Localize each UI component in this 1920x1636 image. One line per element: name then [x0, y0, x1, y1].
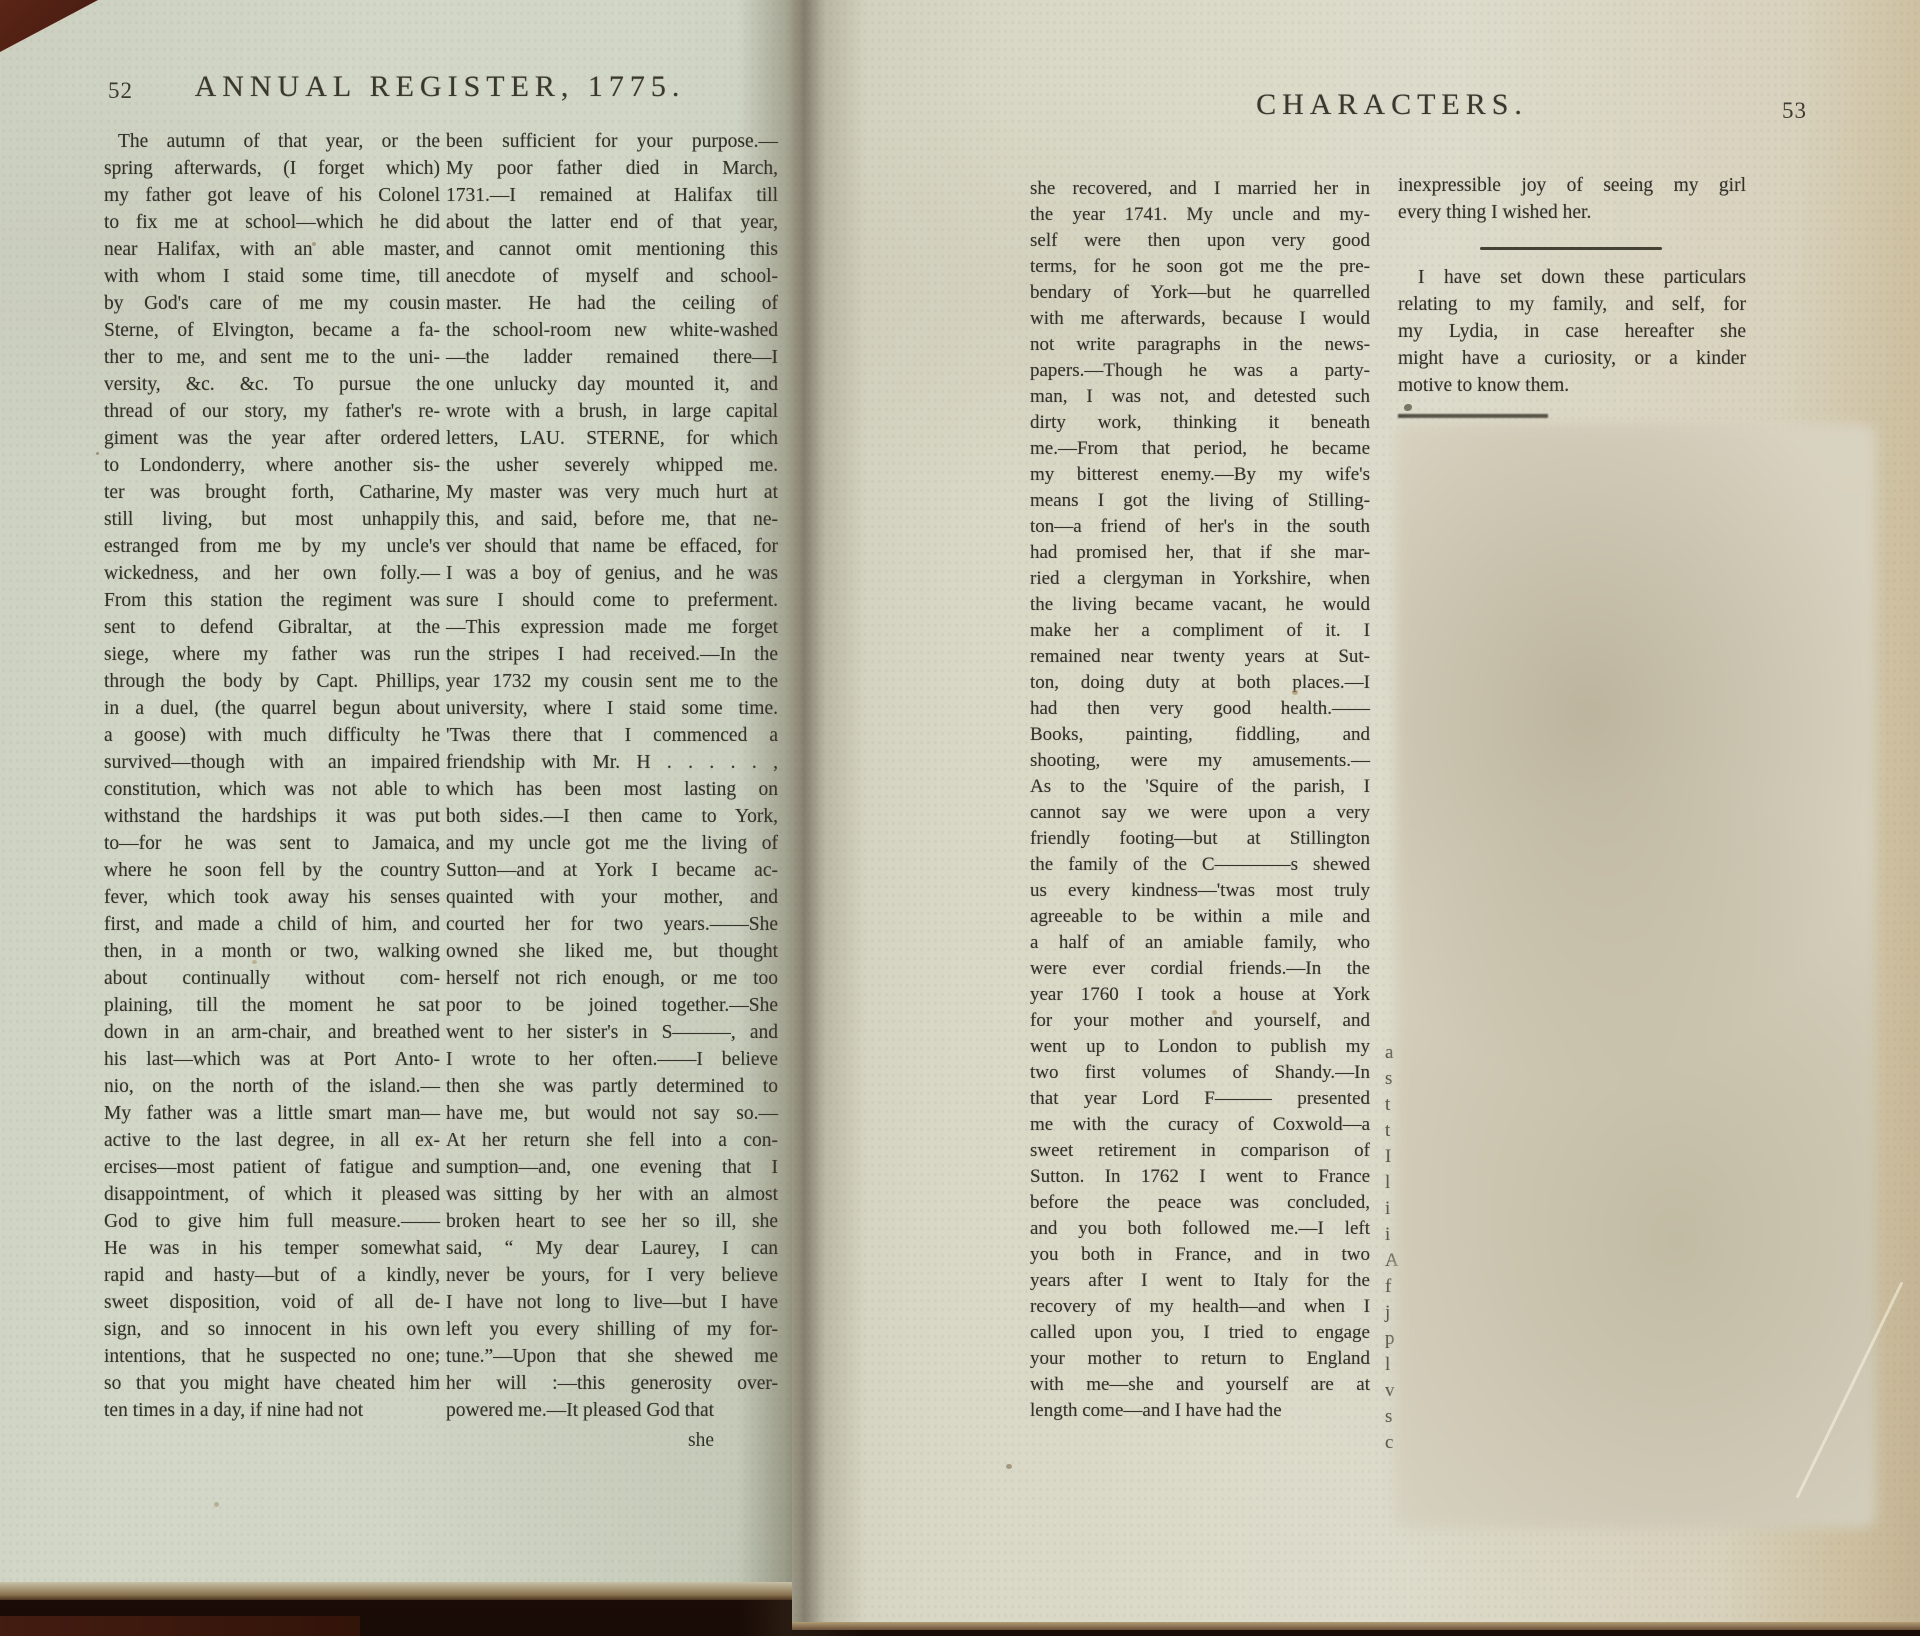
text-line: —the ladder remained there—I [446, 344, 778, 371]
text-line: survived—though with an impaired [104, 749, 440, 776]
section-divider-rule [1480, 247, 1662, 250]
text-line: this, and said, before me, that ne- [446, 506, 778, 533]
text-line: bendary of York—but he quarrelled [1030, 280, 1370, 306]
text-line: sweet disposition, void of all de- [104, 1289, 440, 1316]
text-line: ton, doing duty at both places.—I [1030, 670, 1370, 696]
text-line: The autumn of that year, or the [104, 128, 440, 155]
text-line: and you both followed me.—I left [1030, 1216, 1370, 1242]
text-line: My master was very much hurt at [446, 479, 778, 506]
text-line: to—for he was sent to Jamaica, [104, 830, 440, 857]
text-line: university, where I staid some time. [446, 695, 778, 722]
text-line: were ever cordial friends.—In the [1030, 956, 1370, 982]
text-line: master. He had the ceiling of [446, 290, 778, 317]
text-line: dirty work, thinking it beneath [1030, 410, 1370, 436]
text-line: relating to my family, and self, for [1398, 291, 1746, 318]
text-line: said, “ My dear Laurey, I can [446, 1235, 778, 1262]
text-line: one unlucky day mounted it, and [446, 371, 778, 398]
text-line: courted her for two years.——She [446, 911, 778, 938]
text-line: 'Twas there that I commenced a [446, 722, 778, 749]
text-line: My poor father died in March, [446, 155, 778, 182]
text-line: friendship with Mr. H . . . . . , [446, 749, 778, 776]
text-line: then she was partly determined to [446, 1073, 778, 1100]
text-line: my bitterest enemy.—By my wife's [1030, 462, 1370, 488]
text-line: length come—and I have had the [1030, 1398, 1370, 1424]
text-line: I have not long to live—but I have [446, 1289, 778, 1316]
text-line: self were then upon very good [1030, 228, 1370, 254]
page-block-edge-left [0, 1582, 792, 1600]
text-line: disappointment, of which it pleased [104, 1181, 440, 1208]
text-line: to fix me at school—which he did [104, 209, 440, 236]
text-line: a half of an amiable family, who [1030, 930, 1370, 956]
text-line: inexpressible joy of seeing my girl [1398, 172, 1746, 199]
text-line: ten times in a day, if nine had not [104, 1397, 440, 1424]
text-line: which has been most lasting on [446, 776, 778, 803]
text-line: broken heart to see her so ill, she [446, 1208, 778, 1235]
text-line: that year Lord F——— presented [1030, 1086, 1370, 1112]
text-line: went up to London to publish my [1030, 1034, 1370, 1060]
left-page: 52 ANNUAL REGISTER, 1775. The autumn of … [0, 0, 792, 1582]
text-line: intentions, that he suspected no one; [104, 1343, 440, 1370]
text-line: nio, on the north of the island.— [104, 1073, 440, 1100]
text-line: man, I was not, and detested such [1030, 384, 1370, 410]
text-line: not write paragraphs in the news- [1030, 332, 1370, 358]
right-column-2-paragraph-1: inexpressible joy of seeing my girlevery… [1398, 172, 1746, 226]
text-line: poor to be joined together.—She [446, 992, 778, 1019]
text-line: sure I should come to preferment. [446, 587, 778, 614]
text-line: a goose) with much difficulty he [104, 722, 440, 749]
text-line: My father was a little smart man— [104, 1100, 440, 1127]
text-line: fever, which took away his senses [104, 884, 440, 911]
text-line: year 1760 I took a house at York [1030, 982, 1370, 1008]
text-line: with me—she and yourself are at [1030, 1372, 1370, 1398]
text-line: in a duel, (the quarrel begun about [104, 695, 440, 722]
text-line: so that you might have cheated him [104, 1370, 440, 1397]
text-line: cannot say we were upon a very [1030, 800, 1370, 826]
text-line: my father got leave of his Colonel [104, 182, 440, 209]
text-line: for your mother and yourself, and [1030, 1008, 1370, 1034]
text-line: make her a compliment of it. I [1030, 618, 1370, 644]
text-line: sent to defend Gibraltar, at the [104, 614, 440, 641]
running-header-left: ANNUAL REGISTER, 1775. [140, 70, 740, 104]
text-line: —This expression made me forget [446, 614, 778, 641]
text-line: the living became vacant, he would [1030, 592, 1370, 618]
text-line: papers.—Though he was a party- [1030, 358, 1370, 384]
text-line: still living, but most unhappily [104, 506, 440, 533]
foxing-speck [96, 452, 99, 455]
text-line: then, in a month or two, walking [104, 938, 440, 965]
text-line: every thing I wished her. [1398, 199, 1746, 226]
ink-speck [1404, 404, 1412, 411]
text-line: called upon you, I tried to engage [1030, 1320, 1370, 1346]
text-line: plaining, till the moment he sat [104, 992, 440, 1019]
text-line: herself not rich enough, or me too [446, 965, 778, 992]
book-cover-edge [0, 1616, 360, 1636]
text-line: she recovered, and I married her in [1030, 176, 1370, 202]
text-line: motive to know them. [1398, 372, 1746, 399]
obscured-rule-fragment [1398, 414, 1548, 418]
left-column-2: been sufficient for your purpose.—My poo… [446, 128, 778, 1424]
book-scan: { "left_page": { "page_number": "52", "h… [0, 0, 1920, 1636]
text-line: your mother to return to England [1030, 1346, 1370, 1372]
text-line: the stripes I had received.—In the [446, 641, 778, 668]
text-line: wickedness, and her own folly.— [104, 560, 440, 587]
text-line: went to her sister's in S———, and [446, 1019, 778, 1046]
text-line: before the peace was concluded, [1030, 1190, 1370, 1216]
text-line: and cannot omit mentioning this [446, 236, 778, 263]
text-line: with me afterwards, because I would [1030, 306, 1370, 332]
foxing-speck [1006, 1464, 1012, 1469]
text-line: me.—From that period, he became [1030, 436, 1370, 462]
text-line: Sutton—and at York I became ac- [446, 857, 778, 884]
text-line: down in an arm-chair, and breathed [104, 1019, 440, 1046]
text-line: Sterne, of Elvington, became a fa- [104, 317, 440, 344]
text-line: both sides.—I then came to York, [446, 803, 778, 830]
text-line: my Lydia, in case hereafter she [1398, 318, 1746, 345]
text-line: had promised her, that if she mar- [1030, 540, 1370, 566]
text-line: Sutton. In 1762 I went to France [1030, 1164, 1370, 1190]
text-line: He was in his temper somewhat [104, 1235, 440, 1262]
text-line: At her return she fell into a con- [446, 1127, 778, 1154]
text-line: withstand the hardships it was put [104, 803, 440, 830]
text-line: means I got the living of Stilling- [1030, 488, 1370, 514]
foxing-speck [214, 1502, 219, 1507]
text-line: the school-room new white-washed [446, 317, 778, 344]
text-line: friendly footing—but at Stillington [1030, 826, 1370, 852]
text-line: constitution, which was not able to [104, 776, 440, 803]
redaction-blur-patch [1396, 424, 1876, 1528]
text-line: through the body by Capt. Phillips, [104, 668, 440, 695]
text-line: ther to me, and sent me to the uni- [104, 344, 440, 371]
catchword: she [688, 1430, 714, 1452]
text-line: I have set down these particulars [1398, 264, 1746, 291]
text-line: about continually without com- [104, 965, 440, 992]
text-line: quainted with your mother, and [446, 884, 778, 911]
text-line: giment was the year after ordered [104, 425, 440, 452]
text-line: where he soon fell by the country [104, 857, 440, 884]
text-line: 1731.—I remained at Halifax till [446, 182, 778, 209]
right-column-2-paragraph-2: I have set down these particularsrelatin… [1398, 264, 1746, 399]
text-line: agreeable to be within a mile and [1030, 904, 1370, 930]
text-line: ton—a friend of her's in the south [1030, 514, 1370, 540]
text-line: anecdote of myself and school- [446, 263, 778, 290]
text-line: ried a clergyman in Yorkshire, when [1030, 566, 1370, 592]
text-line: recovery of my health—and when I [1030, 1294, 1370, 1320]
text-line: by God's care of me my cousin [104, 290, 440, 317]
text-line: rapid and hasty—but of a kindly, [104, 1262, 440, 1289]
text-line: me with the curacy of Coxwold—a [1030, 1112, 1370, 1138]
text-line: have me, but would not say so.— [446, 1100, 778, 1127]
text-line: been sufficient for your purpose.— [446, 128, 778, 155]
text-line: year 1732 my cousin sent me to the [446, 668, 778, 695]
page-number-left: 52 [108, 78, 133, 104]
text-line: wrote with a brush, in large capital [446, 398, 778, 425]
running-header-right: CHARACTERS. [1212, 88, 1572, 122]
text-line: and my uncle got me the living of [446, 830, 778, 857]
text-line: with whom I staid some time, till [104, 263, 440, 290]
text-line: might have a curiosity, or a kinder [1398, 345, 1746, 372]
text-line: powered me.—It pleased God that [446, 1397, 778, 1424]
text-line: never be yours, for I very believe [446, 1262, 778, 1289]
text-line: tune.”—Upon that she shewed me [446, 1343, 778, 1370]
text-line: ercises—most patient of fatigue and [104, 1154, 440, 1181]
text-line: left you every shilling of my for- [446, 1316, 778, 1343]
text-line: sumption—and, one evening that I [446, 1154, 778, 1181]
text-line: sweet retirement in comparison of [1030, 1138, 1370, 1164]
text-line: to Londonderry, where another sis- [104, 452, 440, 479]
text-line: From this station the regiment was [104, 587, 440, 614]
text-line: two first volumes of Shandy.—In [1030, 1060, 1370, 1086]
text-line: shooting, were my amusements.— [1030, 748, 1370, 774]
text-line: first, and made a child of him, and [104, 911, 440, 938]
text-line: I was a boy of genius, and he was [446, 560, 778, 587]
text-line: had then very good health.—— [1030, 696, 1370, 722]
text-line: active to the last degree, in all ex- [104, 1127, 440, 1154]
text-line: remained near twenty years at Sut- [1030, 644, 1370, 670]
text-line: versity, &c. &c. To pursue the [104, 371, 440, 398]
text-line: near Halifax, with an able master, [104, 236, 440, 263]
text-line: years after I went to Italy for the [1030, 1268, 1370, 1294]
text-line: God to give him full measure.—— [104, 1208, 440, 1235]
text-line: ter was brought forth, Catharine, [104, 479, 440, 506]
text-line: ver should that name be effaced, for [446, 533, 778, 560]
text-line: estranged from me by my uncle's [104, 533, 440, 560]
text-line: about the latter end of that year, [446, 209, 778, 236]
text-line: her will :—this generosity over- [446, 1370, 778, 1397]
text-line: Books, painting, fiddling, and [1030, 722, 1370, 748]
text-line: us every kindness—'twas most truly [1030, 878, 1370, 904]
right-page: CHARACTERS. 53 she recovered, and I marr… [792, 0, 1920, 1622]
text-line: spring afterwards, (I forget which) [104, 155, 440, 182]
text-line: terms, for he soon got me the pre- [1030, 254, 1370, 280]
text-line: thread of our story, my father's re- [104, 398, 440, 425]
text-line: sign, and so innocent in his own [104, 1316, 440, 1343]
text-line: the year 1741. My uncle and my- [1030, 202, 1370, 228]
page-block-edge-right [792, 1622, 1920, 1630]
text-line: As to the 'Squire of the parish, I [1030, 774, 1370, 800]
left-column-1: The autumn of that year, or thespring af… [104, 128, 440, 1424]
text-line: siege, where my father was run [104, 641, 440, 668]
text-line: his last—which was at Port Anto- [104, 1046, 440, 1073]
text-line: owned she liked me, but thought [446, 938, 778, 965]
text-line: you both in France, and in two [1030, 1242, 1370, 1268]
right-column-1: she recovered, and I married her inthe y… [1030, 176, 1370, 1424]
page-number-right: 53 [1782, 98, 1807, 124]
text-line: I wrote to her often.——I believe [446, 1046, 778, 1073]
text-line: was sitting by her with an almost [446, 1181, 778, 1208]
text-line: the usher severely whipped me. [446, 452, 778, 479]
text-line: letters, LAU. STERNE, for which [446, 425, 778, 452]
text-line: the family of the C————s shewed [1030, 852, 1370, 878]
